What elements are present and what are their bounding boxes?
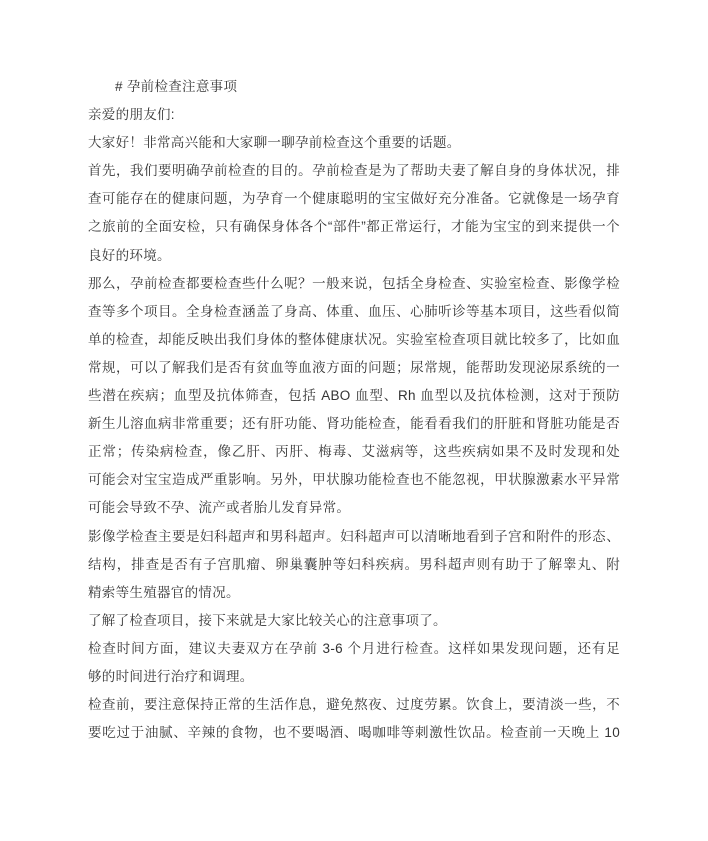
text-line: 可能会对宝宝造成严重影响。另外，甲状腺功能检查也不能忽视，甲状腺激素水平异常 [88, 466, 620, 494]
text-line: # 孕前检查注意事项 [88, 73, 620, 101]
text-line: 查等多个项目。全身检查涵盖了身高、体重、血压、心肺听诊等基本项目，这些看似简 [88, 298, 620, 326]
text-line: 精索等生殖器官的情况。 [88, 579, 620, 607]
text-line: 新生儿溶血病非常重要；还有肝功能、肾功能检查，能看看我们的肝脏和肾脏功能是否 [88, 410, 620, 438]
text-line: 查可能存在的健康问题，为孕育一个健康聪明的宝宝做好充分准备。它就像是一场孕育 [88, 185, 620, 213]
text-line: 了解了检查项目，接下来就是大家比较关心的注意事项了。 [88, 607, 620, 635]
text-line: 要吃过于油腻、辛辣的食物，也不要喝酒、喝咖啡等刺激性饮品。检查前一天晚上 10 … [88, 719, 620, 747]
text-line: 影像学检查主要是妇科超声和男科超声。妇科超声可以清晰地看到子宫和附件的形态、 [88, 523, 620, 551]
text-line: 那么，孕前检查都要检查些什么呢？一般来说，包括全身检查、实验室检查、影像学检 [88, 270, 620, 298]
text-line: 大家好！非常高兴能和大家聊一聊孕前检查这个重要的话题。 [88, 129, 620, 157]
text-line: 可能会导致不孕、流产或者胎儿发育异常。 [88, 494, 620, 522]
text-line: 首先，我们要明确孕前检查的目的。孕前检查是为了帮助夫妻了解自身的身体状况，排 [88, 157, 620, 185]
text-line: 正常；传染病检查，像乙肝、丙肝、梅毒、艾滋病等，这些疾病如果不及时发现和处理， [88, 438, 620, 466]
text-line: 够的时间进行治疗和调理。 [88, 663, 620, 691]
text-line: 检查时间方面，建议夫妻双方在孕前 3-6 个月进行检查。这样如果发现问题，还有足 [88, 635, 620, 663]
text-line: 亲爱的朋友们: [88, 101, 620, 129]
document-background: { "document": { "title": "# 孕前检查注意事项", "… [0, 0, 708, 841]
document-page: # 孕前检查注意事项亲爱的朋友们:大家好！非常高兴能和大家聊一聊孕前检查这个重要… [88, 73, 620, 747]
text-line: 之旅前的全面安检，只有确保身体各个“部件”都正常运行，才能为宝宝的到来提供一个 [88, 213, 620, 241]
text-line: 些潜在疾病；血型及抗体筛查，包括 ABO 血型、Rh 血型以及抗体检测，这对于预… [88, 382, 620, 410]
text-line: 常规，可以了解我们是否有贫血等血液方面的问题；尿常规，能帮助发现泌尿系统的一 [88, 354, 620, 382]
text-line: 检查前，要注意保持正常的生活作息，避免熬夜、过度劳累。饮食上，要清淡一些，不 [88, 691, 620, 719]
text-line: 单的检查，却能反映出我们身体的整体健康状况。实验室检查项目就比较多了，比如血 [88, 326, 620, 354]
text-line: 结构，排查是否有子宫肌瘤、卵巢囊肿等妇科疾病。男科超声则有助于了解睾丸、附睾、 [88, 551, 620, 579]
text-line: 良好的环境。 [88, 242, 620, 270]
